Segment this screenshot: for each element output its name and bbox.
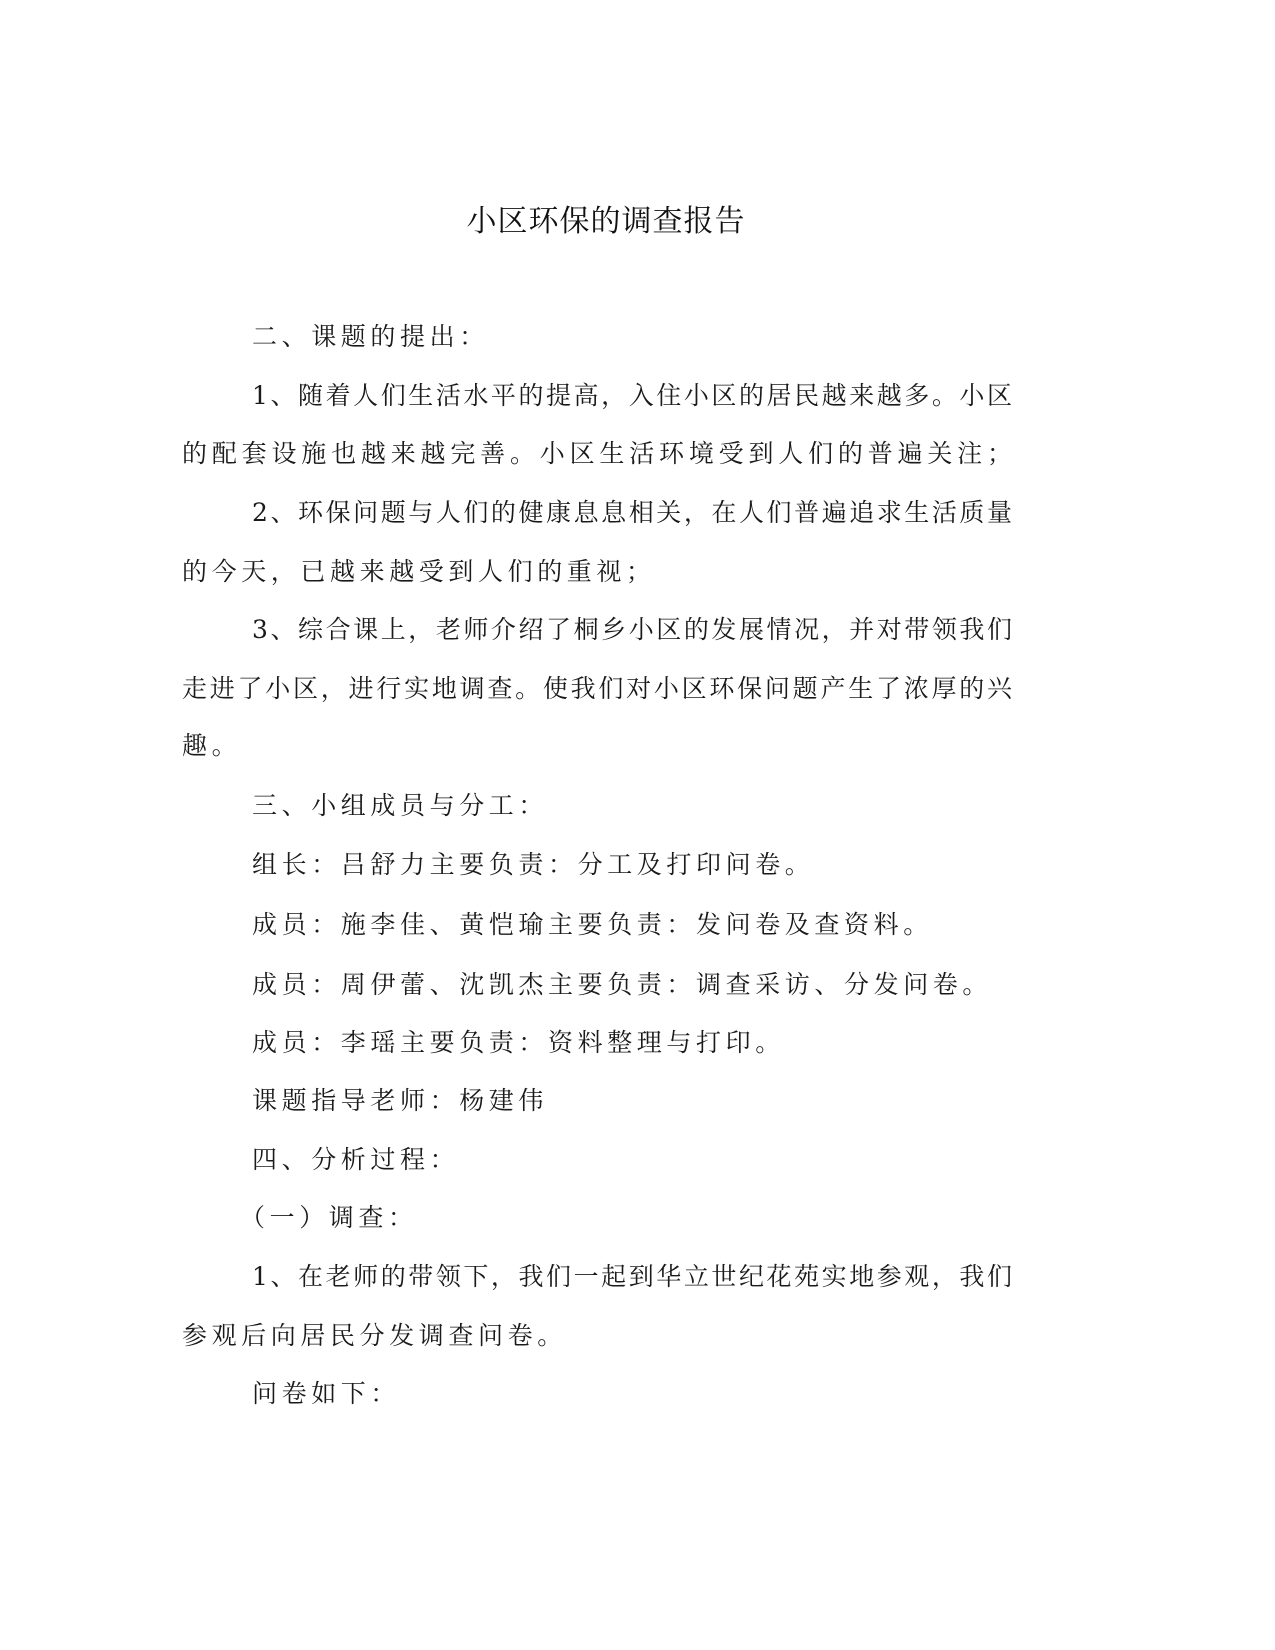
paragraph-line: 2、环保问题与人们的健康息息相关，在人们普遍追求生活质量	[252, 493, 1012, 533]
paragraph-line: 趣。	[182, 726, 241, 766]
paragraph-line: 1、在老师的带领下，我们一起到华立世纪花苑实地参观，我们	[252, 1257, 1012, 1297]
document-title: 小区环保的调查报告	[0, 200, 1212, 244]
paragraph-line: 1、随着人们生活水平的提高，入住小区的居民越来越多。小区	[252, 376, 1012, 416]
paragraph-line: 参观后向居民分发调查问卷。	[182, 1316, 567, 1356]
member-leader: 组长：吕舒力主要负责：分工及打印问卷。	[252, 845, 814, 885]
advisor-teacher: 课题指导老师：杨建伟	[252, 1081, 548, 1121]
section-heading-members: 三、小组成员与分工：	[252, 786, 548, 826]
questionnaire-intro: 问卷如下：	[252, 1374, 400, 1414]
paragraph-line: 的配套设施也越来越完善。小区生活环境受到人们的普遍关注；	[182, 434, 1012, 474]
member-item: 成员：周伊蕾、沈凯杰主要负责：调查采访、分发问卷。	[252, 965, 992, 1005]
document-page: 小区环保的调查报告 二、课题的提出： 1、随着人们生活水平的提高，入住小区的居民…	[0, 0, 1275, 1650]
subsection-heading-survey: （一）调查：	[240, 1198, 418, 1238]
section-heading-analysis: 四、分析过程：	[252, 1140, 459, 1180]
paragraph-line: 3、综合课上，老师介绍了桐乡小区的发展情况，并对带领我们	[252, 610, 1012, 650]
paragraph-line: 的今天，已越来越受到人们的重视；	[182, 552, 656, 592]
member-item: 成员：李瑶主要负责：资料整理与打印。	[252, 1023, 785, 1063]
section-heading-proposal: 二、课题的提出：	[252, 317, 489, 357]
paragraph-line: 走进了小区，进行实地调查。使我们对小区环保问题产生了浓厚的兴	[182, 669, 1012, 709]
member-item: 成员：施李佳、黄恺瑜主要负责：发问卷及查资料。	[252, 905, 933, 945]
